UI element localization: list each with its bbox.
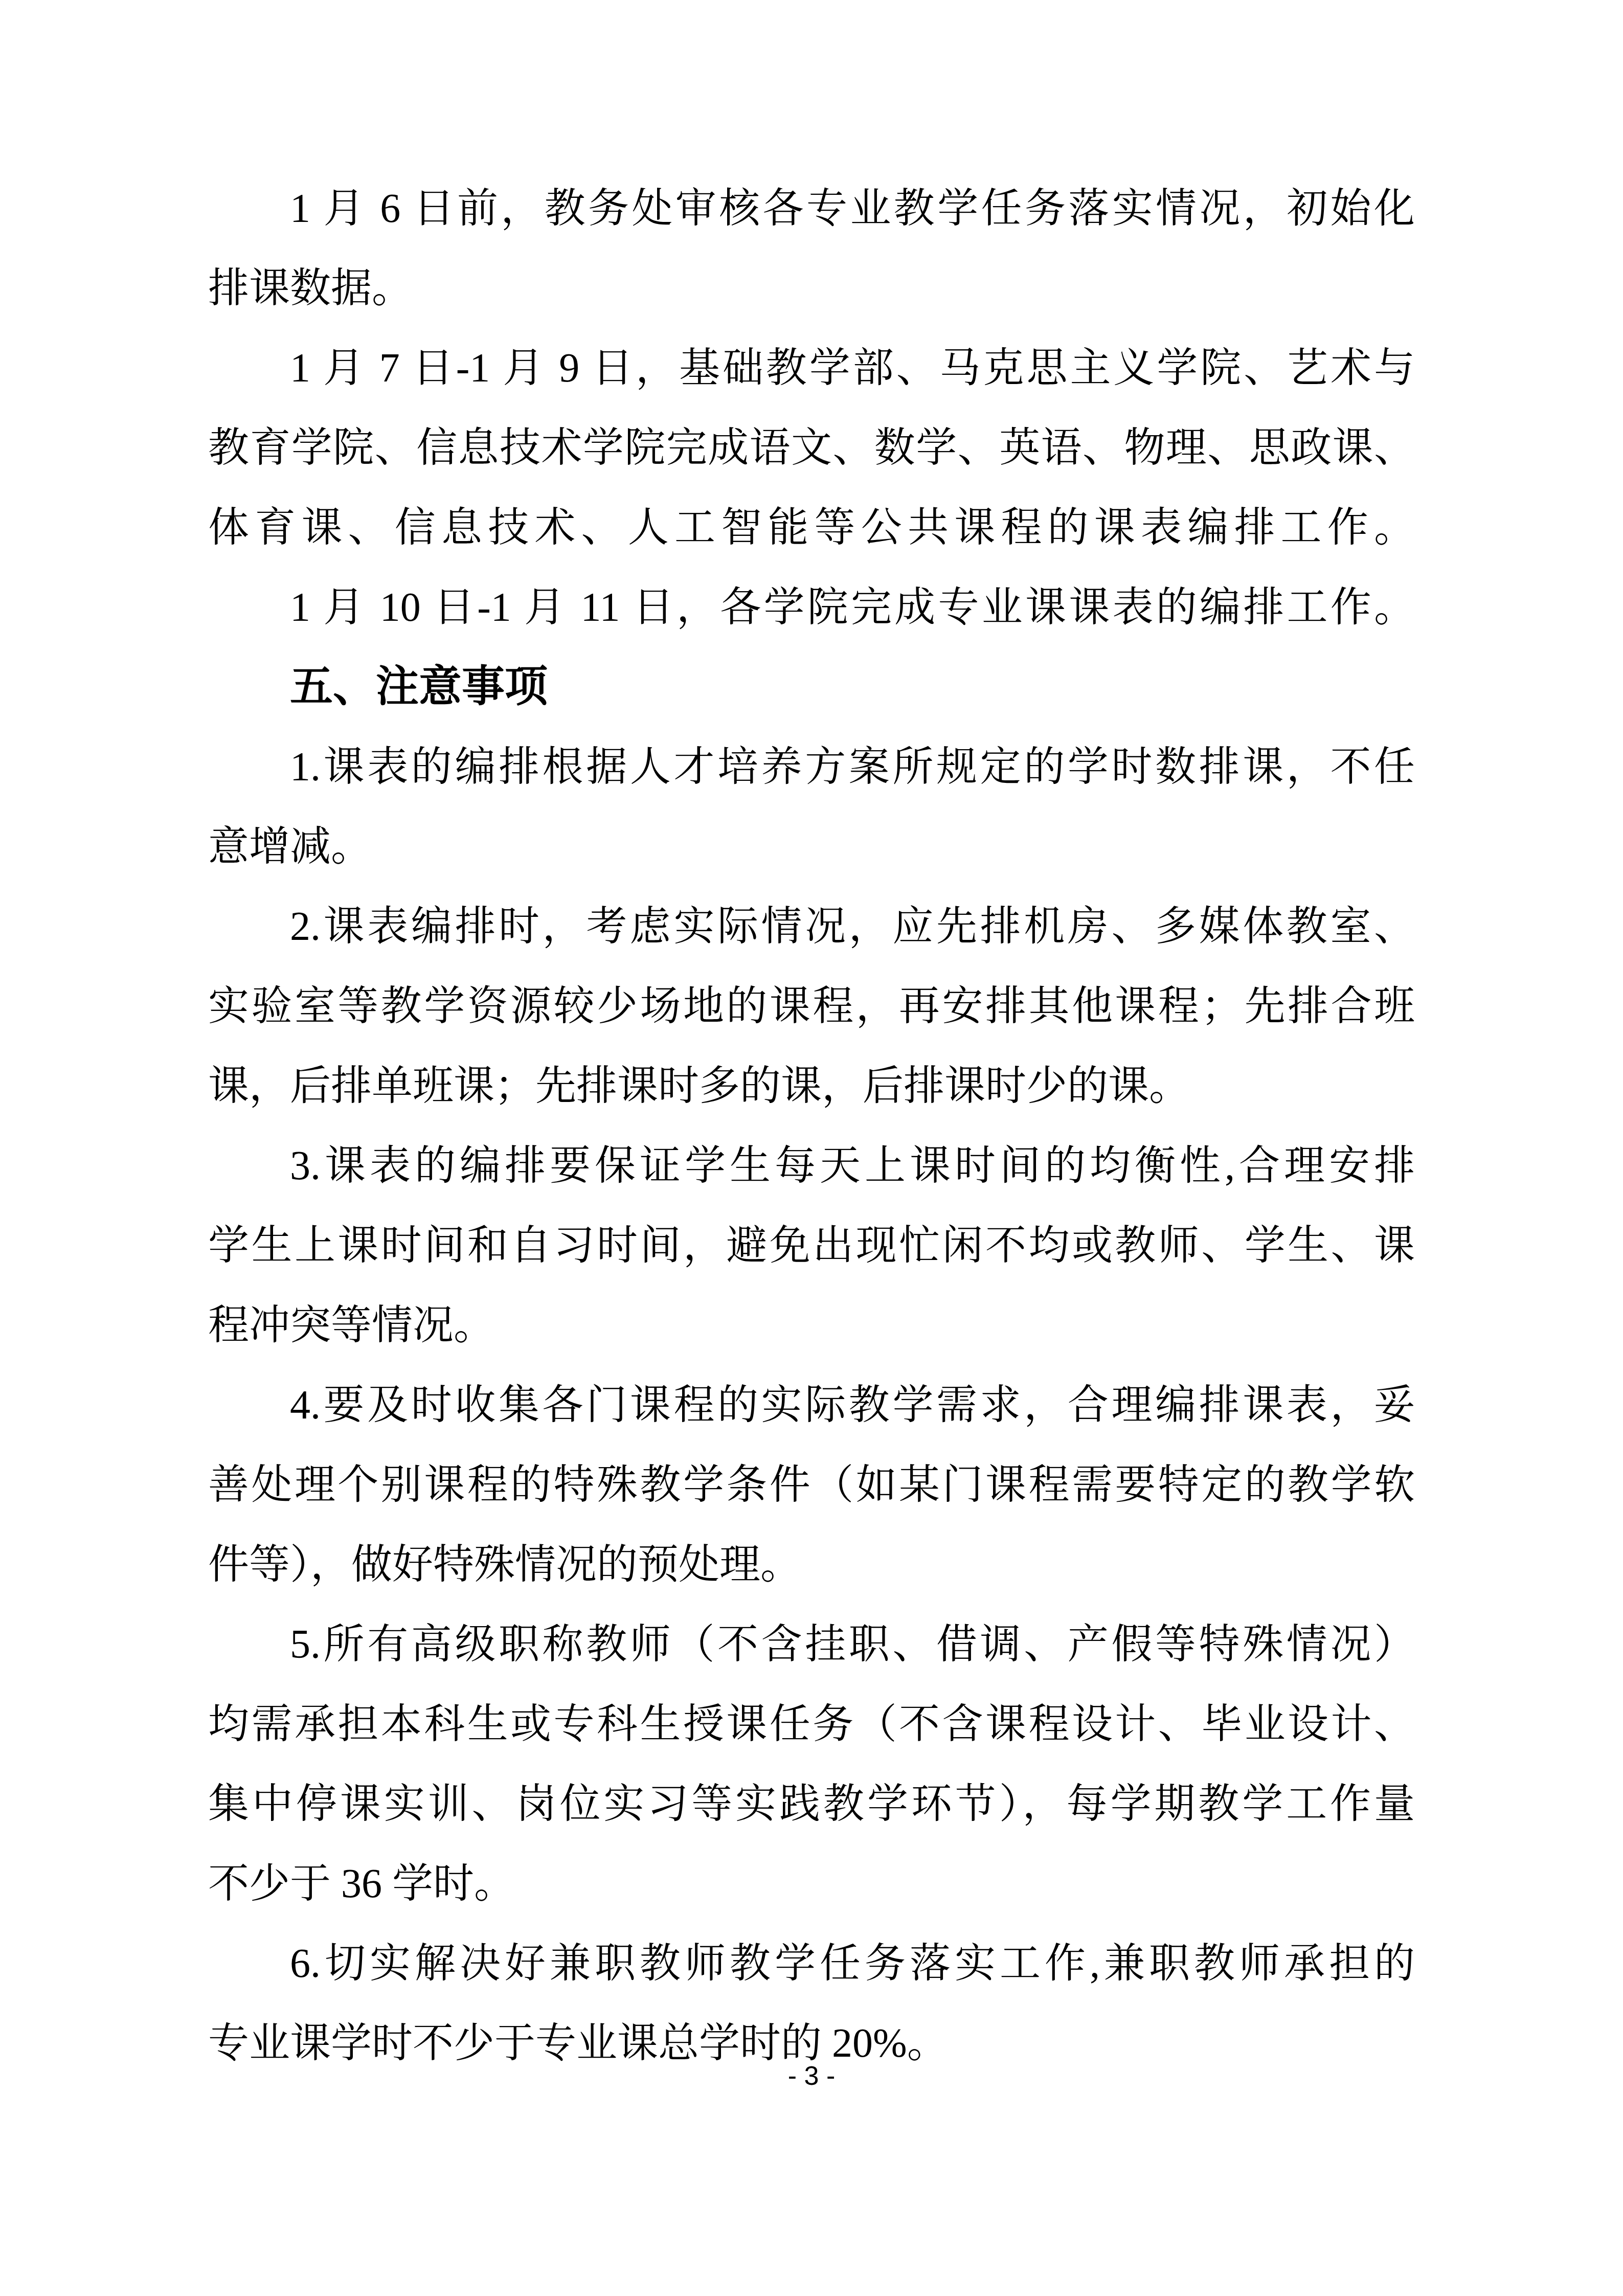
body-line: 2.课表编排时，考虑实际情况，应先排机房、多媒体教室、 <box>208 887 1415 966</box>
body-line: 程冲突等情况。 <box>208 1286 1415 1365</box>
body-line: 学生上课时间和自习时间，避免出现忙闲不均或教师、学生、课 <box>208 1206 1415 1286</box>
body-line: 1 月 7 日-1 月 9 日，基础教学部、马克思主义学院、艺术与 <box>208 328 1415 408</box>
body-line: 5.所有高级职称教师（不含挂职、借调、产假等特殊情况） <box>208 1605 1415 1684</box>
body-line: 1 月 6 日前，教务处审核各专业教学任务落实情况，初始化 <box>208 169 1415 249</box>
page-footer: - 3 - <box>0 2061 1623 2091</box>
body-line: 3.课表的编排要保证学生每天上课时间的均衡性,合理安排 <box>208 1126 1415 1206</box>
body-line: 件等），做好特殊情况的预处理。 <box>208 1525 1415 1605</box>
body-line: 体育课、信息技术、人工智能等公共课程的课表编排工作。 <box>208 488 1415 568</box>
body-line: 教育学院、信息技术学院完成语文、数学、英语、物理、思政课、 <box>208 408 1415 488</box>
document-page: 1 月 6 日前，教务处审核各专业教学任务落实情况，初始化排课数据。1 月 7 … <box>0 0 1623 2296</box>
page-number: - 3 - <box>788 2061 835 2091</box>
body-line: 1.课表的编排根据人才培养方案所规定的学时数排课，不任 <box>208 727 1415 807</box>
body-line: 均需承担本科生或专科生授课任务（不含课程设计、毕业设计、 <box>208 1684 1415 1764</box>
body-line: 排课数据。 <box>208 249 1415 328</box>
section-heading: 五、注意事项 <box>208 647 1415 727</box>
body-line: 1 月 10 日-1 月 11 日，各学院完成专业课课表的编排工作。 <box>208 568 1415 647</box>
body-line: 集中停课实训、岗位实习等实践教学环节），每学期教学工作量 <box>208 1764 1415 1844</box>
body-line: 实验室等教学资源较少场地的课程，再安排其他课程；先排合班 <box>208 966 1415 1046</box>
body-line: 6.切实解决好兼职教师教学任务落实工作,兼职教师承担的 <box>208 1924 1415 2004</box>
body-line: 课，后排单班课；先排课时多的课，后排课时少的课。 <box>208 1046 1415 1126</box>
body-line: 不少于 36 学时。 <box>208 1844 1415 1924</box>
body-line: 善处理个别课程的特殊教学条件（如某门课程需要特定的教学软 <box>208 1445 1415 1525</box>
document-body: 1 月 6 日前，教务处审核各专业教学任务落实情况，初始化排课数据。1 月 7 … <box>208 169 1415 2083</box>
body-line: 4.要及时收集各门课程的实际教学需求，合理编排课表，妥 <box>208 1365 1415 1445</box>
body-line: 意增减。 <box>208 807 1415 887</box>
